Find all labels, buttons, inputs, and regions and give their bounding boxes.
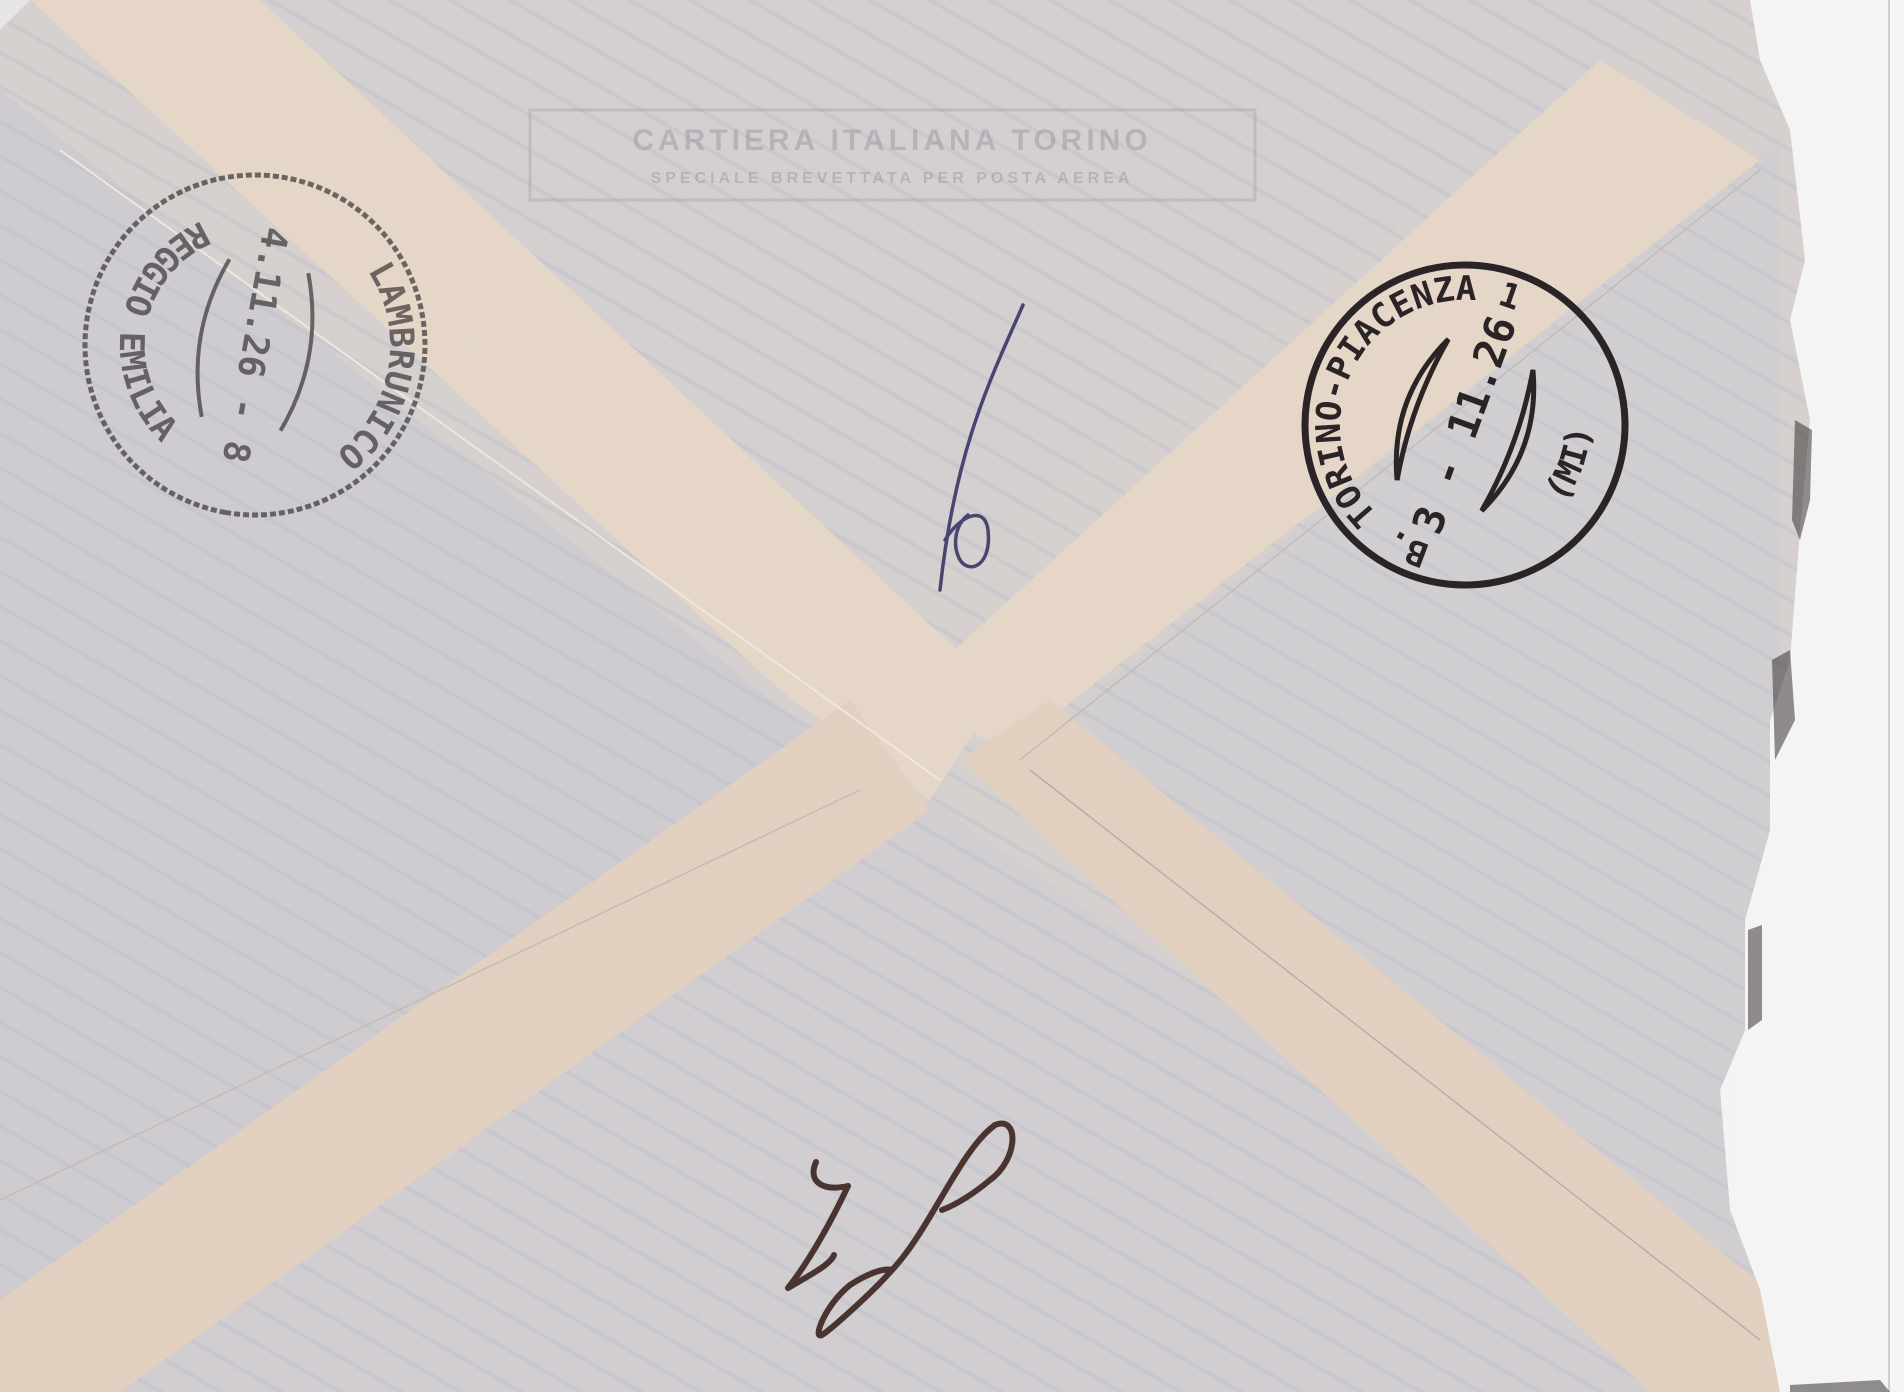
watermark-line-2: SPECIALE BREVETTATA PER POSTA AEREA: [651, 170, 1134, 187]
watermark-line-1: CARTIERA ITALIANA TORINO: [632, 124, 1151, 157]
envelope-back: CARTIERA ITALIANA TORINO SPECIALE BREVET…: [0, 0, 1904, 1392]
